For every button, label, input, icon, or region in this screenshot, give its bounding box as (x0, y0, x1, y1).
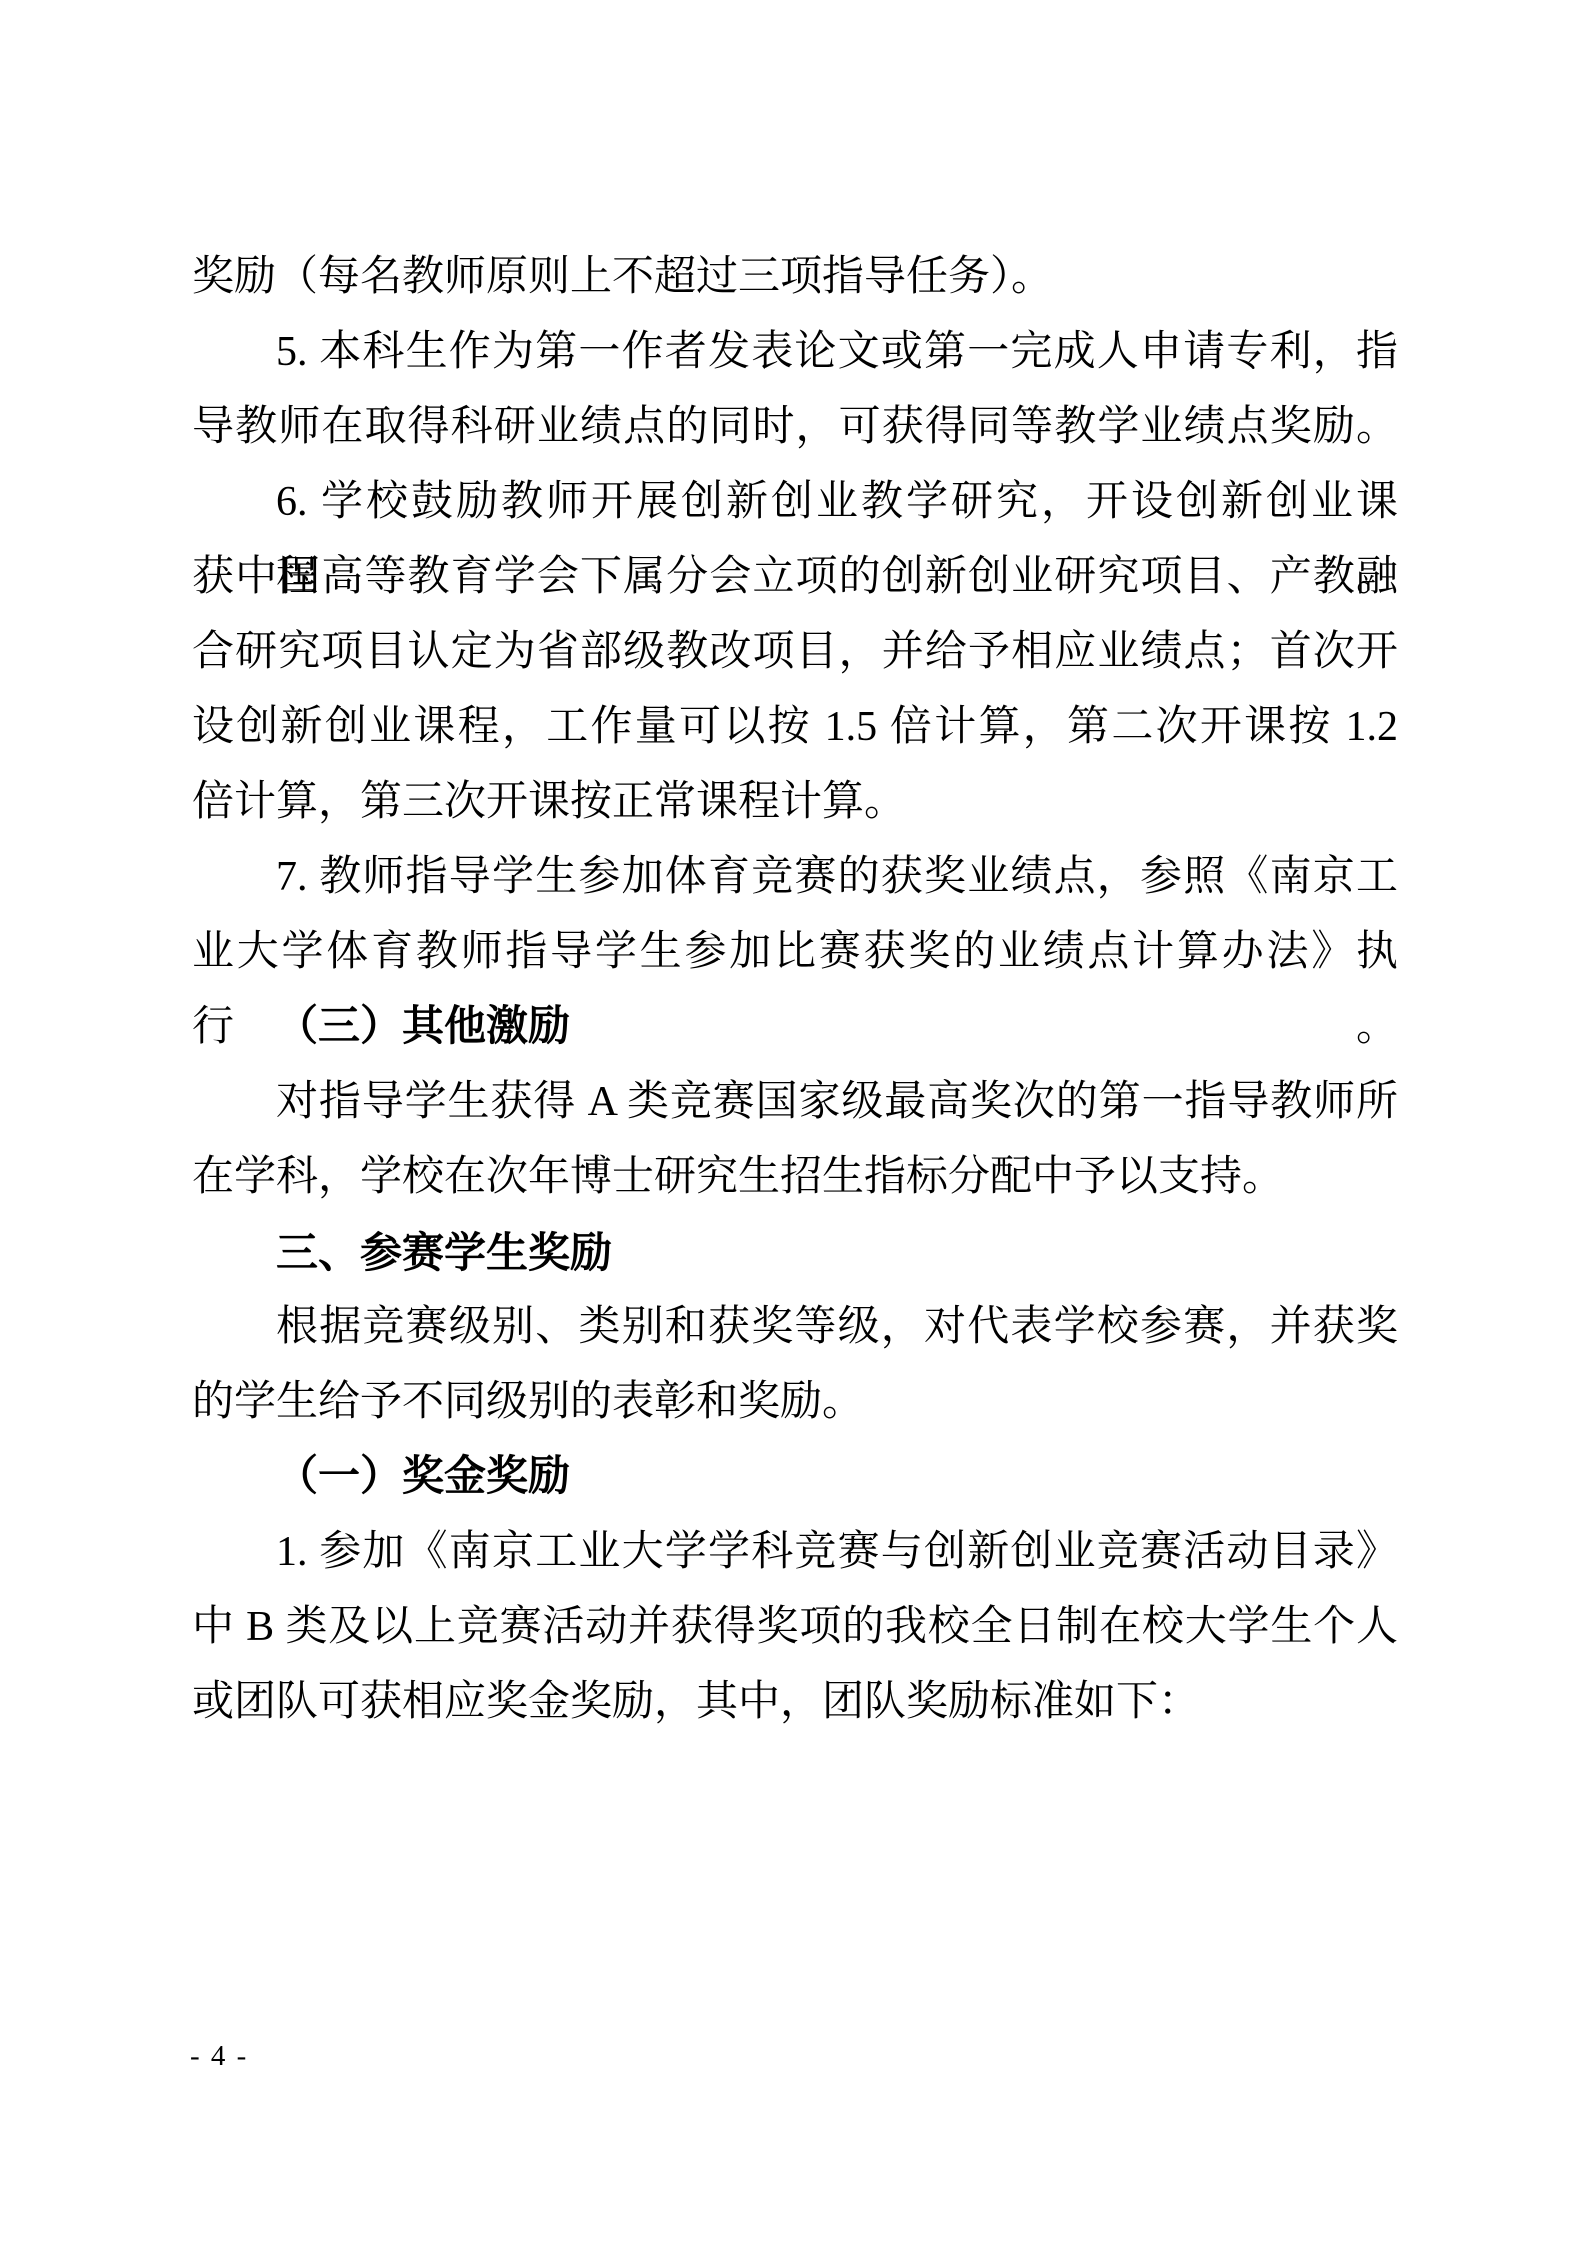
body-text-line: 导教师在取得科研业绩点的同时，可获得同等教学业绩点奖励。 (192, 390, 1398, 465)
body-text-line: 根据竞赛级别、类别和获奖等级，对代表学校参赛，并获奖 (192, 1290, 1398, 1365)
body-text-line: 7. 教师指导学生参加体育竞赛的获奖业绩点，参照《南京工 (192, 840, 1398, 915)
body-text-line: 业大学体育教师指导学生参加比赛获奖的业绩点计算办法》执行。 (192, 915, 1398, 990)
body-text-line: 5. 本科生作为第一作者发表论文或第一完成人申请专利，指 (192, 315, 1398, 390)
section-heading-student-awards: 三、参赛学生奖励 (192, 1215, 1398, 1290)
body-text-line: 或团队可获相应奖金奖励，其中，团队奖励标准如下： (192, 1665, 1398, 1740)
body-text-line: 设创新创业课程，工作量可以按 1.5 倍计算，第二次开课按 1.2 (192, 690, 1398, 765)
body-text-line: 的学生给予不同级别的表彰和奖励。 (192, 1365, 1398, 1440)
body-text-line: 获中国高等教育学会下属分会立项的创新创业研究项目、产教融 (192, 540, 1398, 615)
body-text-line: 中 B 类及以上竞赛活动并获得奖项的我校全日制在校大学生个人 (192, 1590, 1398, 1665)
body-text-line: 6. 学校鼓励教师开展创新创业教学研究，开设创新创业课程。 (192, 465, 1398, 540)
body-text-line: 1. 参加《南京工业大学学科竞赛与创新创业竞赛活动目录》 (192, 1515, 1398, 1590)
subheading-bonus-awards: （一）奖金奖励 (192, 1440, 1398, 1515)
body-text-line: 奖励（每名教师原则上不超过三项指导任务）。 (192, 240, 1398, 315)
body-text-line: 合研究项目认定为省部级教改项目，并给予相应业绩点；首次开 (192, 615, 1398, 690)
body-text-line: 在学科，学校在次年博士研究生招生指标分配中予以支持。 (192, 1140, 1398, 1215)
body-text-line: 倍计算，第三次开课按正常课程计算。 (192, 765, 1398, 840)
document-page: 奖励（每名教师原则上不超过三项指导任务）。 5. 本科生作为第一作者发表论文或第… (0, 0, 1587, 2245)
text-block: 奖励（每名教师原则上不超过三项指导任务）。 5. 本科生作为第一作者发表论文或第… (192, 240, 1398, 1740)
body-text-line: 对指导学生获得 A 类竞赛国家级最高奖次的第一指导教师所 (192, 1065, 1398, 1140)
page-number: - 4 - (190, 2040, 248, 2073)
